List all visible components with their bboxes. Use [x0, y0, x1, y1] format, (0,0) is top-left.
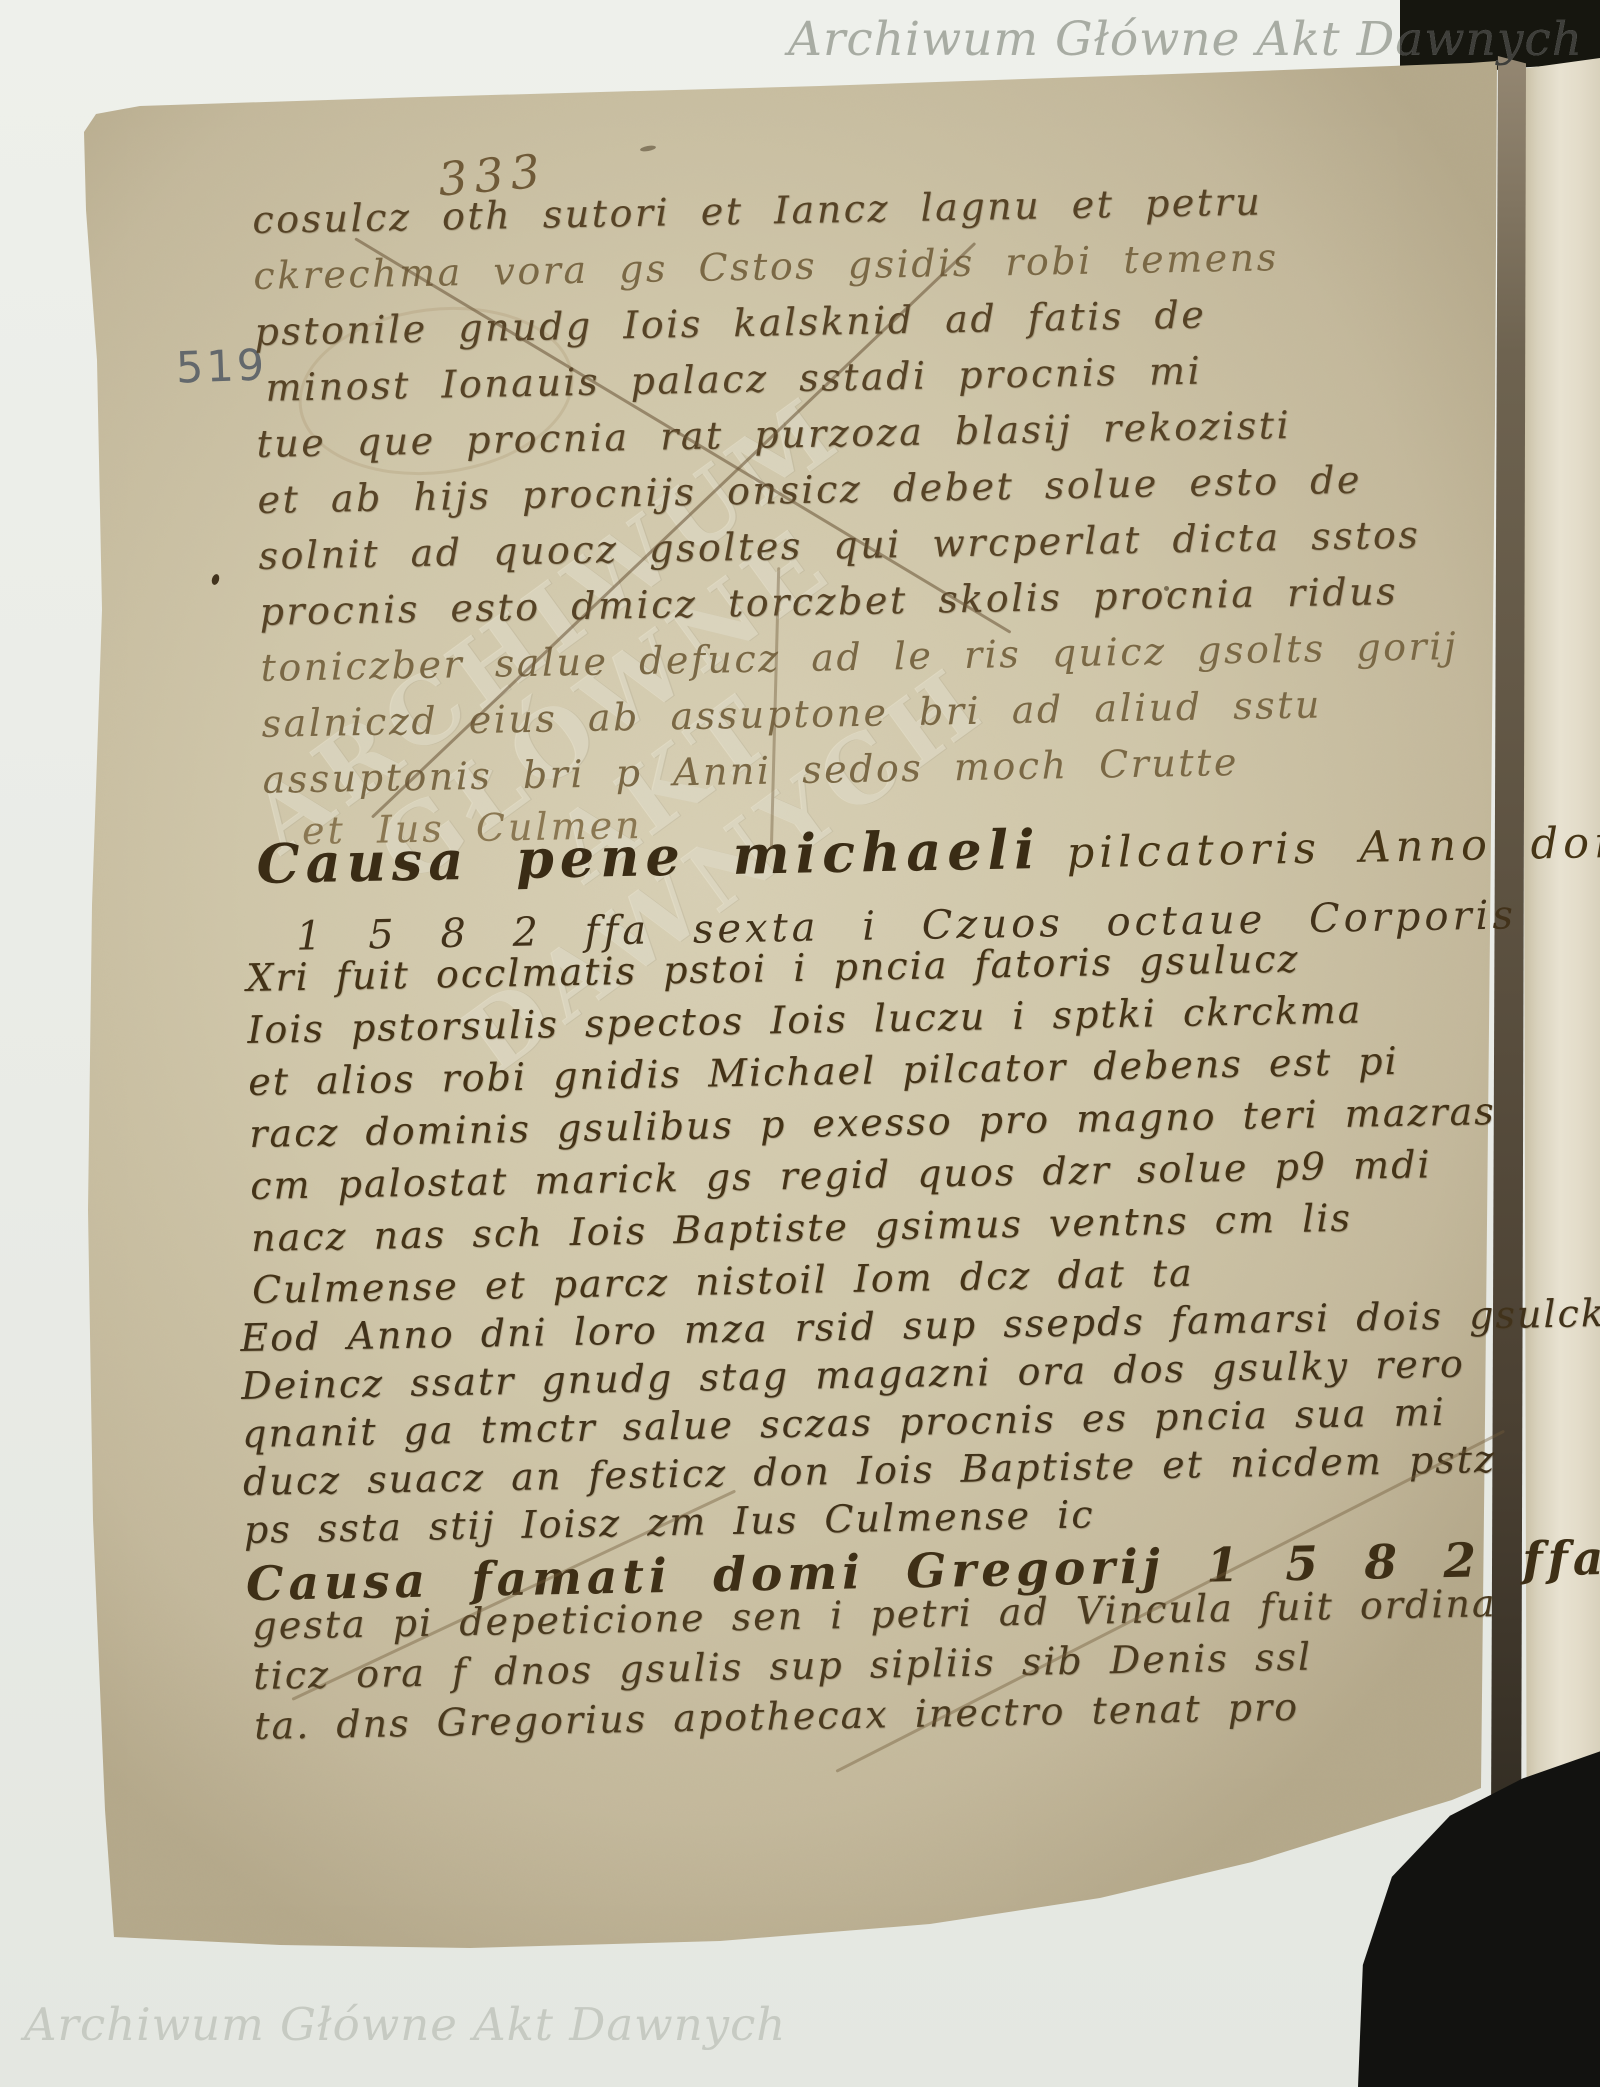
causa-heading-1-rest: pilcatoris Anno domi	[1066, 817, 1600, 878]
archive-watermark-bottom: Archiwum Główne Akt Dawnych	[24, 1998, 786, 2051]
ink-speck	[1164, 586, 1169, 591]
ink-speck	[640, 145, 657, 153]
archive-watermark-top: Archiwum Główne Akt Dawnych Archiwum Głó…	[788, 12, 1600, 84]
manuscript-line: toniczber salue defucz ad le ris quicz g…	[260, 624, 1458, 690]
manuscript-line: pstonile gnudg Iois kalsknid ad fatis de	[254, 293, 1207, 354]
causa-heading-1-main: Causa pene michaeli	[256, 817, 1041, 896]
manuscript-line: ckrechma vora gs Cstos gsidis robi temen…	[253, 235, 1279, 298]
handwriting-layer: 333 519 cosulcz oth sutori et Iancz lagn…	[0, 0, 1600, 2087]
manuscript-line: solnit ad quocz gsoltes qui wrcperlat di…	[258, 513, 1421, 578]
manuscript-line: cosulcz oth sutori et Iancz lagnu et pet…	[252, 179, 1263, 242]
manuscript-line: assuptonis bri p Anni sedos moch Crutte	[262, 740, 1239, 802]
manuscript-line: salniczd eius ab assuptone bri ad aliud …	[261, 682, 1322, 745]
manuscript-scan: ARCHIWUM GŁÓWNE AKT DAWNYCH 333 519 cosu…	[0, 0, 1600, 2087]
ink-speck	[210, 573, 220, 586]
manuscript-line: procnis esto dmicz torczbet skolis procn…	[259, 569, 1398, 634]
